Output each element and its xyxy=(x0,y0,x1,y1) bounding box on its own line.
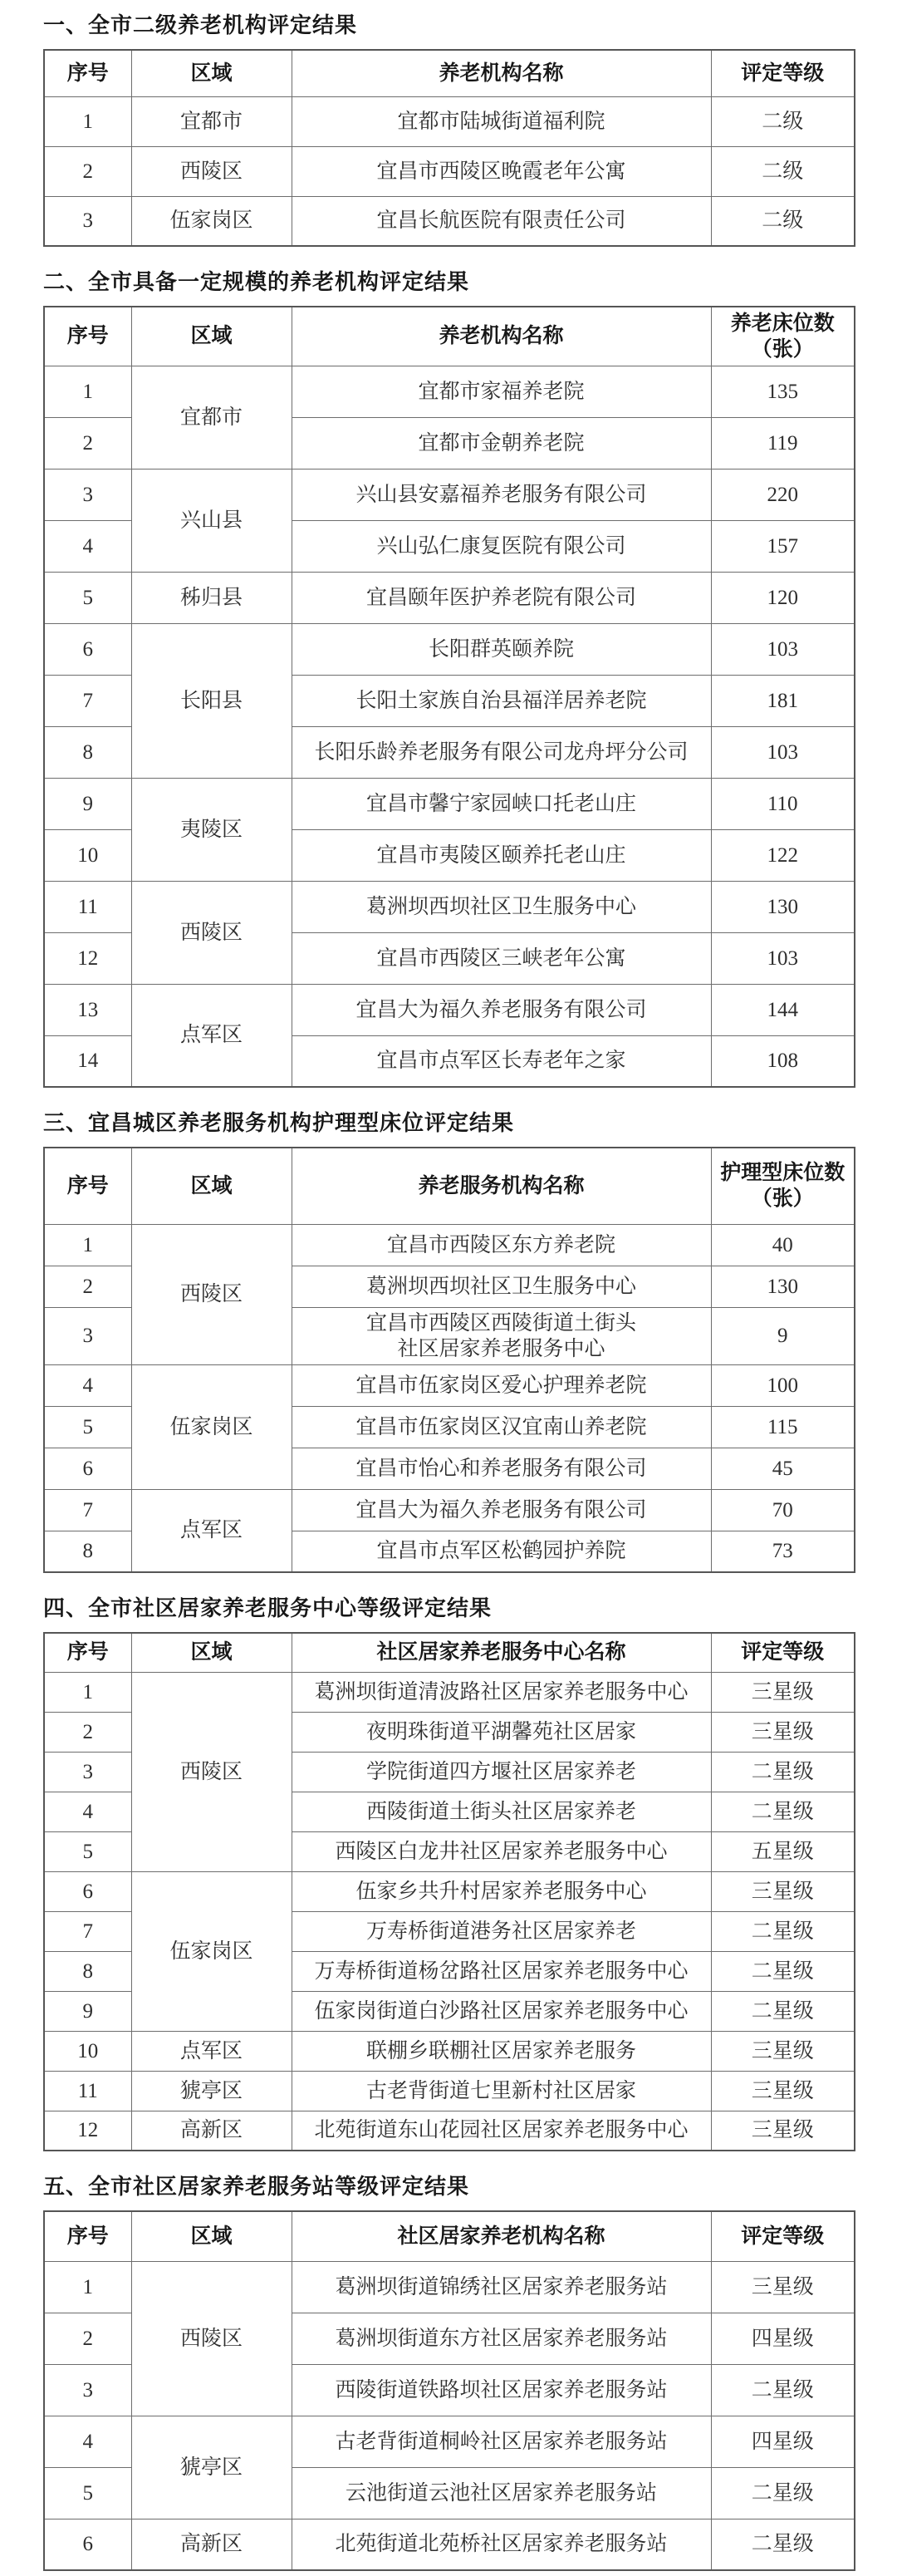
name-cell: 联棚乡联棚社区居家养老服务 xyxy=(292,2031,711,2071)
column-header-3: 养老机构名称 xyxy=(292,307,711,366)
name-cell: 云池街道云池社区居家养老服务站 xyxy=(292,2467,711,2519)
value-cell: 103 xyxy=(711,623,855,675)
seq-cell: 11 xyxy=(44,881,131,932)
value-cell: 120 xyxy=(711,572,855,623)
name-cell: 宜昌市点军区长寿老年之家 xyxy=(292,1035,711,1087)
seq-cell: 7 xyxy=(44,1489,131,1531)
section-3-title: 三、宜昌城区养老服务机构护理型床位评定结果 xyxy=(43,1109,854,1136)
region-cell: 高新区 xyxy=(131,2519,292,2570)
column-header-1: 序号 xyxy=(44,2211,131,2261)
value-cell: 三星级 xyxy=(711,2111,855,2151)
value-cell: 二星级 xyxy=(711,1991,855,2031)
region-cell: 高新区 xyxy=(131,2111,292,2151)
region-cell: 点军区 xyxy=(131,1489,292,1572)
name-cell: 夜明珠街道平湖馨苑社区居家 xyxy=(292,1712,711,1752)
seq-cell: 8 xyxy=(44,726,131,778)
name-cell: 宜昌市西陵区西陵街道土街头 社区居家养老服务中心 xyxy=(292,1307,711,1364)
value-cell: 73 xyxy=(711,1531,855,1572)
column-header-1: 序号 xyxy=(44,1633,131,1672)
name-cell: 北苑街道东山花园社区居家养老服务中心 xyxy=(292,2111,711,2151)
value-cell: 130 xyxy=(711,1266,855,1307)
name-cell: 宜都市家福养老院 xyxy=(292,366,711,417)
value-cell: 100 xyxy=(711,1364,855,1406)
value-cell: 108 xyxy=(711,1035,855,1087)
name-cell: 万寿桥街道杨岔路社区居家养老服务中心 xyxy=(292,1951,711,1991)
value-cell: 三星级 xyxy=(711,1672,855,1712)
value-cell: 110 xyxy=(711,778,855,829)
name-cell: 葛洲坝西坝社区卫生服务中心 xyxy=(292,881,711,932)
name-cell: 伍家乡共升村居家养老服务中心 xyxy=(292,1871,711,1911)
name-cell: 万寿桥街道港务社区居家养老 xyxy=(292,1911,711,1951)
value-cell: 二级 xyxy=(711,96,855,146)
name-cell: 宜昌市西陵区晚霞老年公寓 xyxy=(292,146,711,196)
seq-cell: 12 xyxy=(44,2111,131,2151)
name-cell: 宜昌大为福久养老服务有限公司 xyxy=(292,984,711,1035)
name-cell: 葛洲坝西坝社区卫生服务中心 xyxy=(292,1266,711,1307)
value-cell: 二星级 xyxy=(711,2519,855,2570)
region-cell: 西陵区 xyxy=(131,2261,292,2416)
scaled-institutions-table: 序号区域养老机构名称养老床位数 （张）1宜都市宜都市家福养老院1352宜都市金朝… xyxy=(43,306,855,1088)
seq-cell: 1 xyxy=(44,96,131,146)
region-cell: 宜都市 xyxy=(131,366,292,469)
seq-cell: 2 xyxy=(44,2313,131,2364)
seq-cell: 6 xyxy=(44,1871,131,1911)
seq-cell: 1 xyxy=(44,366,131,417)
seq-cell: 8 xyxy=(44,1531,131,1572)
name-cell: 宜昌市点军区松鹤园护养院 xyxy=(292,1531,711,1572)
seq-cell: 2 xyxy=(44,1266,131,1307)
region-cell: 点军区 xyxy=(131,2031,292,2071)
seq-cell: 9 xyxy=(44,1991,131,2031)
column-header-3: 养老服务机构名称 xyxy=(292,1148,711,1224)
seq-cell: 7 xyxy=(44,1911,131,1951)
column-header-4: 评定等级 xyxy=(711,50,855,96)
name-cell: 宜昌市夷陵区颐养托老山庄 xyxy=(292,829,711,881)
value-cell: 四星级 xyxy=(711,2416,855,2467)
column-header-3: 社区居家养老机构名称 xyxy=(292,2211,711,2261)
nursing-beds-table: 序号区域养老服务机构名称护理型床位数 （张）1西陵区宜昌市西陵区东方养老院402… xyxy=(43,1147,855,1573)
seq-cell: 2 xyxy=(44,1712,131,1752)
seq-cell: 12 xyxy=(44,932,131,984)
table-row: 6高新区北苑街道北苑桥社区居家养老服务站二星级 xyxy=(44,2519,855,2570)
value-cell: 181 xyxy=(711,675,855,726)
table-row: 9夷陵区宜昌市馨宁家园峡口托老山庄110 xyxy=(44,778,855,829)
seq-cell: 5 xyxy=(44,2467,131,2519)
seq-cell: 10 xyxy=(44,829,131,881)
region-cell: 宜都市 xyxy=(131,96,292,146)
seq-cell: 1 xyxy=(44,1672,131,1712)
seq-cell: 4 xyxy=(44,520,131,572)
name-cell: 长阳土家族自治县福洋居养老院 xyxy=(292,675,711,726)
value-cell: 157 xyxy=(711,520,855,572)
name-cell: 宜昌市西陵区三峡老年公寓 xyxy=(292,932,711,984)
seq-cell: 4 xyxy=(44,1792,131,1831)
name-cell: 葛洲坝街道清波路社区居家养老服务中心 xyxy=(292,1672,711,1712)
value-cell: 144 xyxy=(711,984,855,1035)
seq-cell: 11 xyxy=(44,2071,131,2111)
seq-cell: 14 xyxy=(44,1035,131,1087)
table-row: 6长阳县长阳群英颐养院103 xyxy=(44,623,855,675)
column-header-2: 区域 xyxy=(131,307,292,366)
table-row: 3兴山县兴山县安嘉福养老服务有限公司220 xyxy=(44,469,855,520)
name-cell: 宜昌长航医院有限责任公司 xyxy=(292,196,711,246)
table-row: 5秭归县宜昌颐年医护养老院有限公司120 xyxy=(44,572,855,623)
name-cell: 长阳群英颐养院 xyxy=(292,623,711,675)
table-row: 2西陵区宜昌市西陵区晚霞老年公寓二级 xyxy=(44,146,855,196)
table-row: 1西陵区葛洲坝街道锦绣社区居家养老服务站三星级 xyxy=(44,2261,855,2313)
value-cell: 135 xyxy=(711,366,855,417)
seq-cell: 13 xyxy=(44,984,131,1035)
seq-cell: 2 xyxy=(44,146,131,196)
name-cell: 西陵街道土街头社区居家养老 xyxy=(292,1792,711,1831)
name-cell: 宜昌市伍家岗区爱心护理养老院 xyxy=(292,1364,711,1406)
name-cell: 宜昌市馨宁家园峡口托老山庄 xyxy=(292,778,711,829)
seq-cell: 5 xyxy=(44,572,131,623)
region-cell: 猇亭区 xyxy=(131,2071,292,2111)
name-cell: 宜昌市伍家岗区汉宜南山养老院 xyxy=(292,1406,711,1448)
region-cell: 伍家岗区 xyxy=(131,196,292,246)
value-cell: 45 xyxy=(711,1448,855,1489)
table-row: 12高新区北苑街道东山花园社区居家养老服务中心三星级 xyxy=(44,2111,855,2151)
region-cell: 西陵区 xyxy=(131,1672,292,1871)
table-row: 7点军区宜昌大为福久养老服务有限公司70 xyxy=(44,1489,855,1531)
seq-cell: 3 xyxy=(44,1752,131,1792)
column-header-4: 养老床位数 （张） xyxy=(711,307,855,366)
region-cell: 西陵区 xyxy=(131,146,292,196)
value-cell: 70 xyxy=(711,1489,855,1531)
seq-cell: 5 xyxy=(44,1831,131,1871)
name-cell: 学院街道四方堰社区居家养老 xyxy=(292,1752,711,1792)
name-cell: 宜昌市怡心和养老服务有限公司 xyxy=(292,1448,711,1489)
name-cell: 北苑街道北苑桥社区居家养老服务站 xyxy=(292,2519,711,2570)
value-cell: 二星级 xyxy=(711,2364,855,2416)
value-cell: 220 xyxy=(711,469,855,520)
document: 一、全市二级养老机构评定结果 序号区域养老机构名称评定等级1宜都市宜都市陆城街道… xyxy=(0,0,897,2576)
seq-cell: 6 xyxy=(44,1448,131,1489)
value-cell: 三星级 xyxy=(711,1712,855,1752)
seq-cell: 3 xyxy=(44,2364,131,2416)
seq-cell: 6 xyxy=(44,2519,131,2570)
region-cell: 点军区 xyxy=(131,984,292,1087)
home-care-stations-table: 序号区域社区居家养老机构名称评定等级1西陵区葛洲坝街道锦绣社区居家养老服务站三星… xyxy=(43,2210,855,2571)
name-cell: 宜昌大为福久养老服务有限公司 xyxy=(292,1489,711,1531)
value-cell: 二星级 xyxy=(711,1792,855,1831)
table-row: 4伍家岗区宜昌市伍家岗区爱心护理养老院100 xyxy=(44,1364,855,1406)
table-row: 1西陵区葛洲坝街道清波路社区居家养老服务中心三星级 xyxy=(44,1672,855,1712)
value-cell: 40 xyxy=(711,1224,855,1266)
column-header-1: 序号 xyxy=(44,50,131,96)
seq-cell: 6 xyxy=(44,623,131,675)
seq-cell: 3 xyxy=(44,196,131,246)
value-cell: 9 xyxy=(711,1307,855,1364)
value-cell: 115 xyxy=(711,1406,855,1448)
header-row: 序号区域社区居家养老机构名称评定等级 xyxy=(44,2211,855,2261)
seq-cell: 4 xyxy=(44,2416,131,2467)
seq-cell: 3 xyxy=(44,469,131,520)
name-cell: 古老背街道七里新村社区居家 xyxy=(292,2071,711,2111)
value-cell: 三星级 xyxy=(711,1871,855,1911)
value-cell: 三星级 xyxy=(711,2031,855,2071)
value-cell: 二星级 xyxy=(711,1911,855,1951)
region-cell: 秭归县 xyxy=(131,572,292,623)
column-header-1: 序号 xyxy=(44,1148,131,1224)
header-row: 序号区域养老服务机构名称护理型床位数 （张） xyxy=(44,1148,855,1224)
region-cell: 伍家岗区 xyxy=(131,1871,292,2031)
column-header-2: 区域 xyxy=(131,2211,292,2261)
column-header-3: 社区居家养老服务中心名称 xyxy=(292,1633,711,1672)
seq-cell: 9 xyxy=(44,778,131,829)
table-row: 1宜都市宜都市家福养老院135 xyxy=(44,366,855,417)
region-cell: 西陵区 xyxy=(131,1224,292,1364)
table-row: 4猇亭区古老背街道桐岭社区居家养老服务站四星级 xyxy=(44,2416,855,2467)
value-cell: 二星级 xyxy=(711,2467,855,2519)
value-cell: 103 xyxy=(711,726,855,778)
seq-cell: 8 xyxy=(44,1951,131,1991)
name-cell: 兴山县安嘉福养老服务有限公司 xyxy=(292,469,711,520)
seq-cell: 3 xyxy=(44,1307,131,1364)
seq-cell: 4 xyxy=(44,1364,131,1406)
value-cell: 122 xyxy=(711,829,855,881)
name-cell: 伍家岗街道白沙路社区居家养老服务中心 xyxy=(292,1991,711,2031)
table-row: 1西陵区宜昌市西陵区东方养老院40 xyxy=(44,1224,855,1266)
region-cell: 西陵区 xyxy=(131,881,292,984)
section-5-title: 五、全市社区居家养老服务站等级评定结果 xyxy=(43,2173,854,2200)
column-header-4: 护理型床位数 （张） xyxy=(711,1148,855,1224)
region-cell: 夷陵区 xyxy=(131,778,292,881)
seq-cell: 10 xyxy=(44,2031,131,2071)
region-cell: 兴山县 xyxy=(131,469,292,572)
section-1-title: 一、全市二级养老机构评定结果 xyxy=(43,12,854,38)
seq-cell: 2 xyxy=(44,417,131,469)
name-cell: 兴山弘仁康复医院有限公司 xyxy=(292,520,711,572)
table-row: 11猇亭区古老背街道七里新村社区居家三星级 xyxy=(44,2071,855,2111)
name-cell: 宜都市金朝养老院 xyxy=(292,417,711,469)
region-cell: 长阳县 xyxy=(131,623,292,778)
value-cell: 103 xyxy=(711,932,855,984)
table-row: 6伍家岗区伍家乡共升村居家养老服务中心三星级 xyxy=(44,1871,855,1911)
value-cell: 四星级 xyxy=(711,2313,855,2364)
name-cell: 葛洲坝街道锦绣社区居家养老服务站 xyxy=(292,2261,711,2313)
value-cell: 三星级 xyxy=(711,2261,855,2313)
seq-cell: 5 xyxy=(44,1406,131,1448)
value-cell: 119 xyxy=(711,417,855,469)
seq-cell: 1 xyxy=(44,1224,131,1266)
name-cell: 宜昌颐年医护养老院有限公司 xyxy=(292,572,711,623)
value-cell: 二星级 xyxy=(711,1752,855,1792)
name-cell: 宜都市陆城街道福利院 xyxy=(292,96,711,146)
region-cell: 伍家岗区 xyxy=(131,1364,292,1489)
section-4-title: 四、全市社区居家养老服务中心等级评定结果 xyxy=(43,1595,854,1621)
home-care-centers-table: 序号区域社区居家养老服务中心名称评定等级1西陵区葛洲坝街道清波路社区居家养老服务… xyxy=(43,1632,855,2151)
name-cell: 古老背街道桐岭社区居家养老服务站 xyxy=(292,2416,711,2467)
table-row: 3伍家岗区宜昌长航医院有限责任公司二级 xyxy=(44,196,855,246)
table-row: 13点军区宜昌大为福久养老服务有限公司144 xyxy=(44,984,855,1035)
column-header-2: 区域 xyxy=(131,50,292,96)
value-cell: 130 xyxy=(711,881,855,932)
column-header-2: 区域 xyxy=(131,1148,292,1224)
header-row: 序号区域社区居家养老服务中心名称评定等级 xyxy=(44,1633,855,1672)
second-level-institutions-table: 序号区域养老机构名称评定等级1宜都市宜都市陆城街道福利院二级2西陵区宜昌市西陵区… xyxy=(43,49,855,247)
value-cell: 二级 xyxy=(711,146,855,196)
region-cell: 猇亭区 xyxy=(131,2416,292,2519)
table-row: 1宜都市宜都市陆城街道福利院二级 xyxy=(44,96,855,146)
value-cell: 五星级 xyxy=(711,1831,855,1871)
value-cell: 三星级 xyxy=(711,2071,855,2111)
column-header-3: 养老机构名称 xyxy=(292,50,711,96)
value-cell: 二星级 xyxy=(711,1951,855,1991)
name-cell: 西陵区白龙井社区居家养老服务中心 xyxy=(292,1831,711,1871)
header-row: 序号区域养老机构名称评定等级 xyxy=(44,50,855,96)
table-row: 11西陵区葛洲坝西坝社区卫生服务中心130 xyxy=(44,881,855,932)
name-cell: 葛洲坝街道东方社区居家养老服务站 xyxy=(292,2313,711,2364)
column-header-1: 序号 xyxy=(44,307,131,366)
table-row: 10点军区联棚乡联棚社区居家养老服务三星级 xyxy=(44,2031,855,2071)
section-2-title: 二、全市具备一定规模的养老机构评定结果 xyxy=(43,268,854,295)
seq-cell: 1 xyxy=(44,2261,131,2313)
seq-cell: 7 xyxy=(44,675,131,726)
column-header-4: 评定等级 xyxy=(711,2211,855,2261)
value-cell: 二级 xyxy=(711,196,855,246)
column-header-4: 评定等级 xyxy=(711,1633,855,1672)
name-cell: 西陵街道铁路坝社区居家养老服务站 xyxy=(292,2364,711,2416)
header-row: 序号区域养老机构名称养老床位数 （张） xyxy=(44,307,855,366)
column-header-2: 区域 xyxy=(131,1633,292,1672)
name-cell: 宜昌市西陵区东方养老院 xyxy=(292,1224,711,1266)
name-cell: 长阳乐龄养老服务有限公司龙舟坪分公司 xyxy=(292,726,711,778)
